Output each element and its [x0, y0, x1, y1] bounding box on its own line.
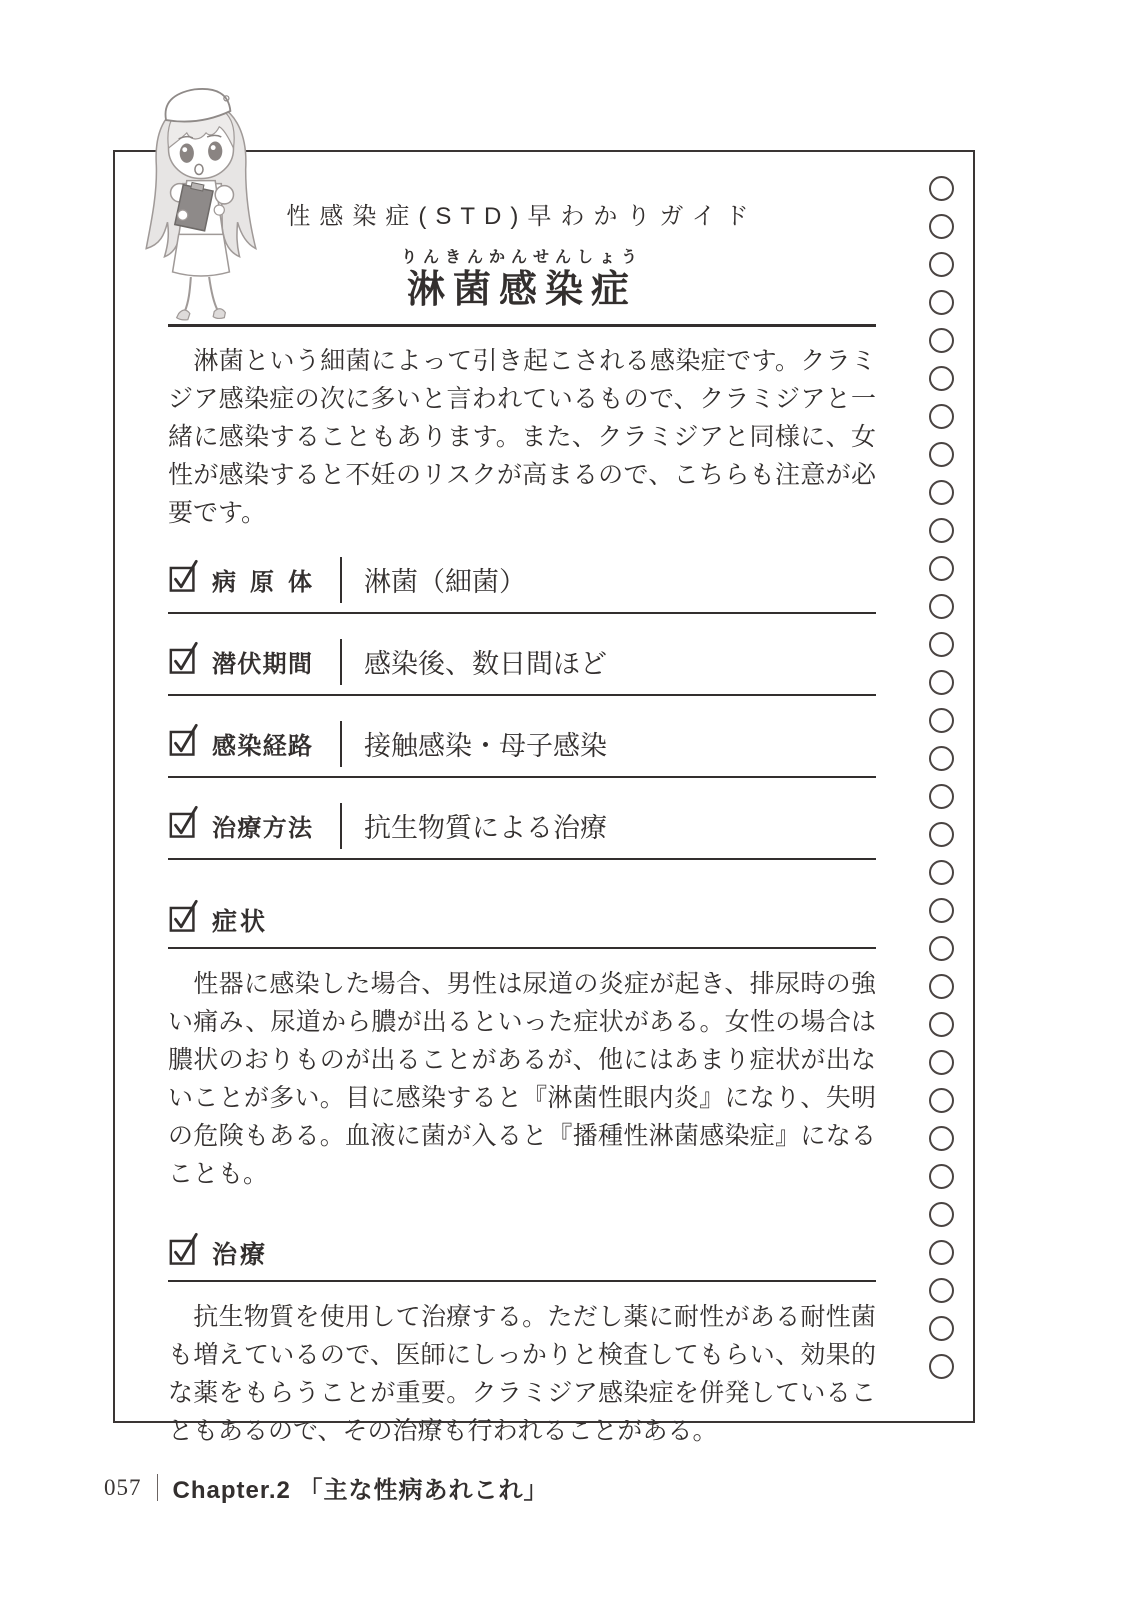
title-furigana: りんきんかんせんしょう [168, 244, 876, 267]
chapter-title: Chapter.2 「主な性病あれこれ」 [173, 1470, 549, 1505]
binder-hole-icon [929, 480, 954, 505]
binder-hole-icon [929, 1088, 954, 1113]
spec-row-treatment-method: 治療方法 抗生物質による治療 [168, 803, 876, 860]
binder-hole-icon [929, 670, 954, 695]
section-label: 症状 [212, 902, 268, 938]
checked-checkbox-icon [168, 803, 200, 840]
spec-label: 病原体 [212, 562, 312, 597]
binder-hole-icon [929, 1240, 954, 1265]
spec-value: 感染後、数日間ほど [364, 642, 607, 681]
spec-row-incubation: 潜伏期間 感染後、数日間ほど [168, 639, 876, 696]
binder-hole-icon [929, 442, 954, 467]
binder-hole-icon [929, 1126, 954, 1151]
binder-hole-icon [929, 1012, 954, 1037]
spec-divider [340, 639, 342, 685]
binder-hole-icon [929, 936, 954, 961]
page-number: 057 [104, 1475, 142, 1501]
chibi-nurse-illustration [134, 84, 268, 332]
binder-hole-icon [929, 366, 954, 391]
binder-hole-icon [929, 404, 954, 429]
chibi-nurse-svg [134, 84, 268, 332]
binder-hole-icon [929, 708, 954, 733]
binder-hole-icon [929, 1316, 954, 1341]
footer-divider-bar [157, 1474, 158, 1501]
binder-hole-icon [929, 290, 954, 315]
spec-divider [340, 721, 342, 767]
binder-hole-icon [929, 746, 954, 771]
spec-label: 治療方法 [212, 808, 312, 843]
spec-label: 潜伏期間 [212, 644, 312, 679]
checked-checkbox-icon [168, 557, 200, 594]
binder-hole-icon [929, 176, 954, 201]
binder-holes [929, 176, 954, 1379]
page-frame: 性感染症(STD)早わかりガイド りんきんかんせんしょう 淋菌感染症 淋菌という… [113, 150, 975, 1423]
spec-row-pathogen: 病原体 淋菌（細菌） [168, 557, 876, 614]
binder-hole-icon [929, 860, 954, 885]
checked-checkbox-icon [168, 1230, 200, 1267]
book-page: { "page": { "guide_header": "性感染症(STD)早わ… [0, 0, 1128, 1600]
guide-header: 性感染症(STD)早わかりガイド [168, 152, 876, 231]
binder-hole-icon [929, 1050, 954, 1075]
checked-checkbox-icon [168, 639, 200, 676]
binder-hole-icon [929, 328, 954, 353]
treatment-paragraph: 抗生物質を使用して治療する。ただし薬に耐性がある耐性菌も増えているので、医師にし… [168, 1298, 876, 1450]
binder-hole-icon [929, 214, 954, 239]
spec-value: 淋菌（細菌） [364, 560, 526, 599]
checked-checkbox-icon [168, 897, 200, 934]
checked-checkbox-icon [168, 721, 200, 758]
spec-value: 接触感染・母子感染 [364, 724, 607, 763]
spec-divider [340, 557, 342, 603]
page-footer: 057 Chapter.2 「主な性病あれこれ」 [104, 1470, 549, 1505]
intro-paragraph: 淋菌という細菌によって引き起こされる感染症です。クラミジア感染症の次に多いと言わ… [168, 342, 876, 532]
binder-hole-icon [929, 1278, 954, 1303]
symptoms-paragraph: 性器に感染した場合、男性は尿道の炎症が起き、排尿時の強い痛み、尿道から膿が出ると… [168, 965, 876, 1193]
section-heading-symptoms: 症状 [168, 902, 876, 949]
page-title: 淋菌感染症 [168, 269, 876, 313]
spec-row-transmission: 感染経路 接触感染・母子感染 [168, 721, 876, 778]
binder-hole-icon [929, 632, 954, 657]
title-block: りんきんかんせんしょう 淋菌感染症 [168, 244, 876, 313]
binder-hole-icon [929, 1354, 954, 1379]
section-label: 治療 [212, 1235, 268, 1271]
spec-label: 感染経路 [212, 726, 312, 761]
binder-hole-icon [929, 518, 954, 543]
binder-hole-icon [929, 898, 954, 923]
binder-hole-icon [929, 1202, 954, 1227]
binder-hole-icon [929, 594, 954, 619]
binder-hole-icon [929, 252, 954, 277]
binder-hole-icon [929, 974, 954, 999]
page-content: 性感染症(STD)早わかりガイド りんきんかんせんしょう 淋菌感染症 淋菌という… [168, 152, 876, 1450]
section-heading-treatment: 治療 [168, 1235, 876, 1282]
binder-hole-icon [929, 822, 954, 847]
binder-hole-icon [929, 556, 954, 581]
spec-value: 抗生物質による治療 [364, 806, 607, 845]
title-rule [168, 324, 876, 327]
binder-hole-icon [929, 784, 954, 809]
spec-divider [340, 803, 342, 849]
binder-hole-icon [929, 1164, 954, 1189]
